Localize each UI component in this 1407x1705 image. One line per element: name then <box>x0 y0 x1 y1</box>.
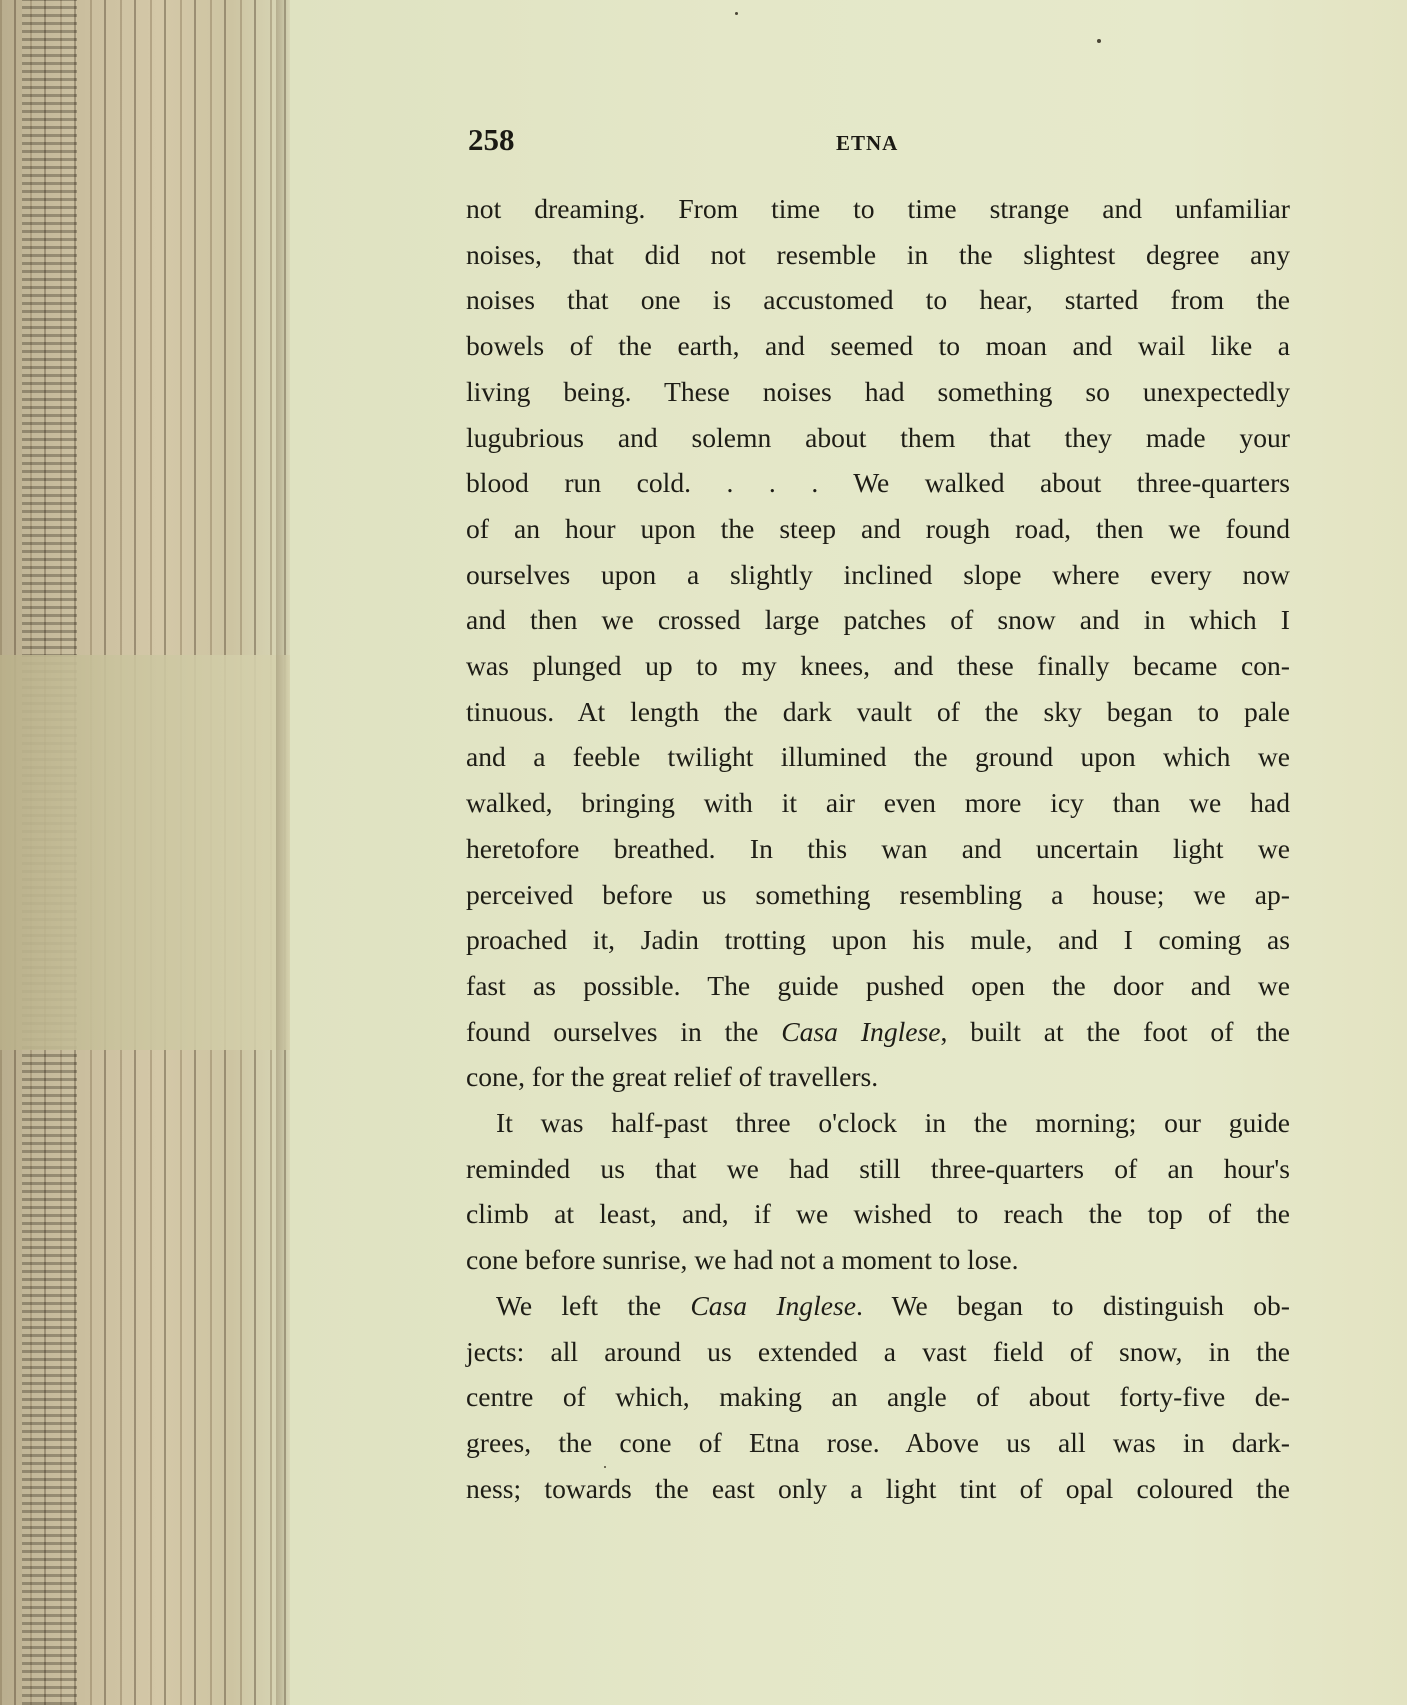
paper-speck <box>735 12 738 15</box>
book-page-edges <box>0 0 290 1705</box>
text-line: and a feeble twilight illumined the grou… <box>466 734 1290 780</box>
text-line-paragraph-end: cone, for the great relief of travellers… <box>466 1054 1290 1100</box>
text-line: living being. These noises had something… <box>466 369 1290 415</box>
text-line: grees, the cone of Etna rose. Above us a… <box>466 1420 1290 1466</box>
text-line: noises that one is accustomed to hear, s… <box>466 277 1290 323</box>
text-line: not dreaming. From time to time strange … <box>466 186 1290 232</box>
italic-place-name: Casa Inglese <box>781 1016 940 1047</box>
text-line: heretofore breathed. In this wan and unc… <box>466 826 1290 872</box>
text-line: was plunged up to my knees, and these fi… <box>466 643 1290 689</box>
text-line-paragraph-start: It was half-past three o'clock in the mo… <box>466 1100 1290 1146</box>
text-line: centre of which, making an angle of abou… <box>466 1374 1290 1420</box>
text-line: climb at least, and, if we wished to rea… <box>466 1191 1290 1237</box>
text-line: jects: all around us extended a vast fie… <box>466 1329 1290 1375</box>
text-line: walked, bringing with it air even more i… <box>466 780 1290 826</box>
running-head: 258 ETNA <box>468 122 1288 162</box>
paper-speck <box>1097 39 1101 43</box>
text-line-paragraph-end: cone before sunrise, we had not a moment… <box>466 1237 1290 1283</box>
text-line-paragraph-start: We left the Casa Inglese. We began to di… <box>466 1283 1290 1329</box>
text-fragment: found ourselves in the <box>466 1016 781 1047</box>
text-line: lugubrious and solemn about them that th… <box>466 415 1290 461</box>
text-line: noises, that did not resemble in the sli… <box>466 232 1290 278</box>
text-fragment: . We began to distinguish ob- <box>856 1290 1290 1321</box>
text-line: of an hour upon the steep and rough road… <box>466 506 1290 552</box>
italic-place-name: Casa Inglese <box>690 1290 856 1321</box>
text-line: blood run cold. . . . We walked about th… <box>466 460 1290 506</box>
running-title: ETNA <box>836 131 898 156</box>
text-line: proached it, Jadin trotting upon his mul… <box>466 917 1290 963</box>
text-line: reminded us that we had still three-quar… <box>466 1146 1290 1192</box>
text-line: ourselves upon a slightly inclined slope… <box>466 552 1290 598</box>
text-line: perceived before us something resembling… <box>466 872 1290 918</box>
text-line: and then we crossed large patches of sno… <box>466 597 1290 643</box>
text-line: found ourselves in the Casa Inglese, bui… <box>466 1009 1290 1055</box>
page-number: 258 <box>468 122 515 158</box>
text-line: fast as possible. The guide pushed open … <box>466 963 1290 1009</box>
text-fragment: , built at the foot of the <box>941 1016 1290 1047</box>
body-text: not dreaming. From time to time strange … <box>466 186 1290 1511</box>
page-edge-band <box>0 655 290 1050</box>
text-line: ness; towards the east only a light tint… <box>466 1466 1290 1512</box>
gutter-shadow <box>276 0 290 1705</box>
text-line: bowels of the earth, and seemed to moan … <box>466 323 1290 369</box>
text-fragment: We left the <box>496 1290 690 1321</box>
text-line: tinuous. At length the dark vault of the… <box>466 689 1290 735</box>
